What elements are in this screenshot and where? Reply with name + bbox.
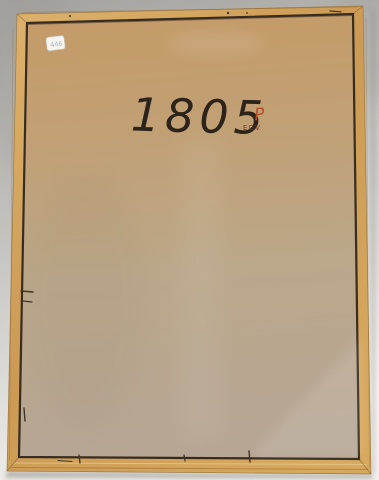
red-mark-caption: EDV (243, 124, 261, 132)
frame-side-shadow (371, 10, 375, 474)
frame-back-photo: 446 1805 P EDV (0, 0, 379, 480)
inventory-sticker: 446 (46, 35, 66, 51)
year-inscription: 1805 (130, 87, 268, 145)
photo-frame-back: 446 1805 P EDV (0, 0, 379, 480)
sticker-number: 446 (50, 40, 63, 49)
